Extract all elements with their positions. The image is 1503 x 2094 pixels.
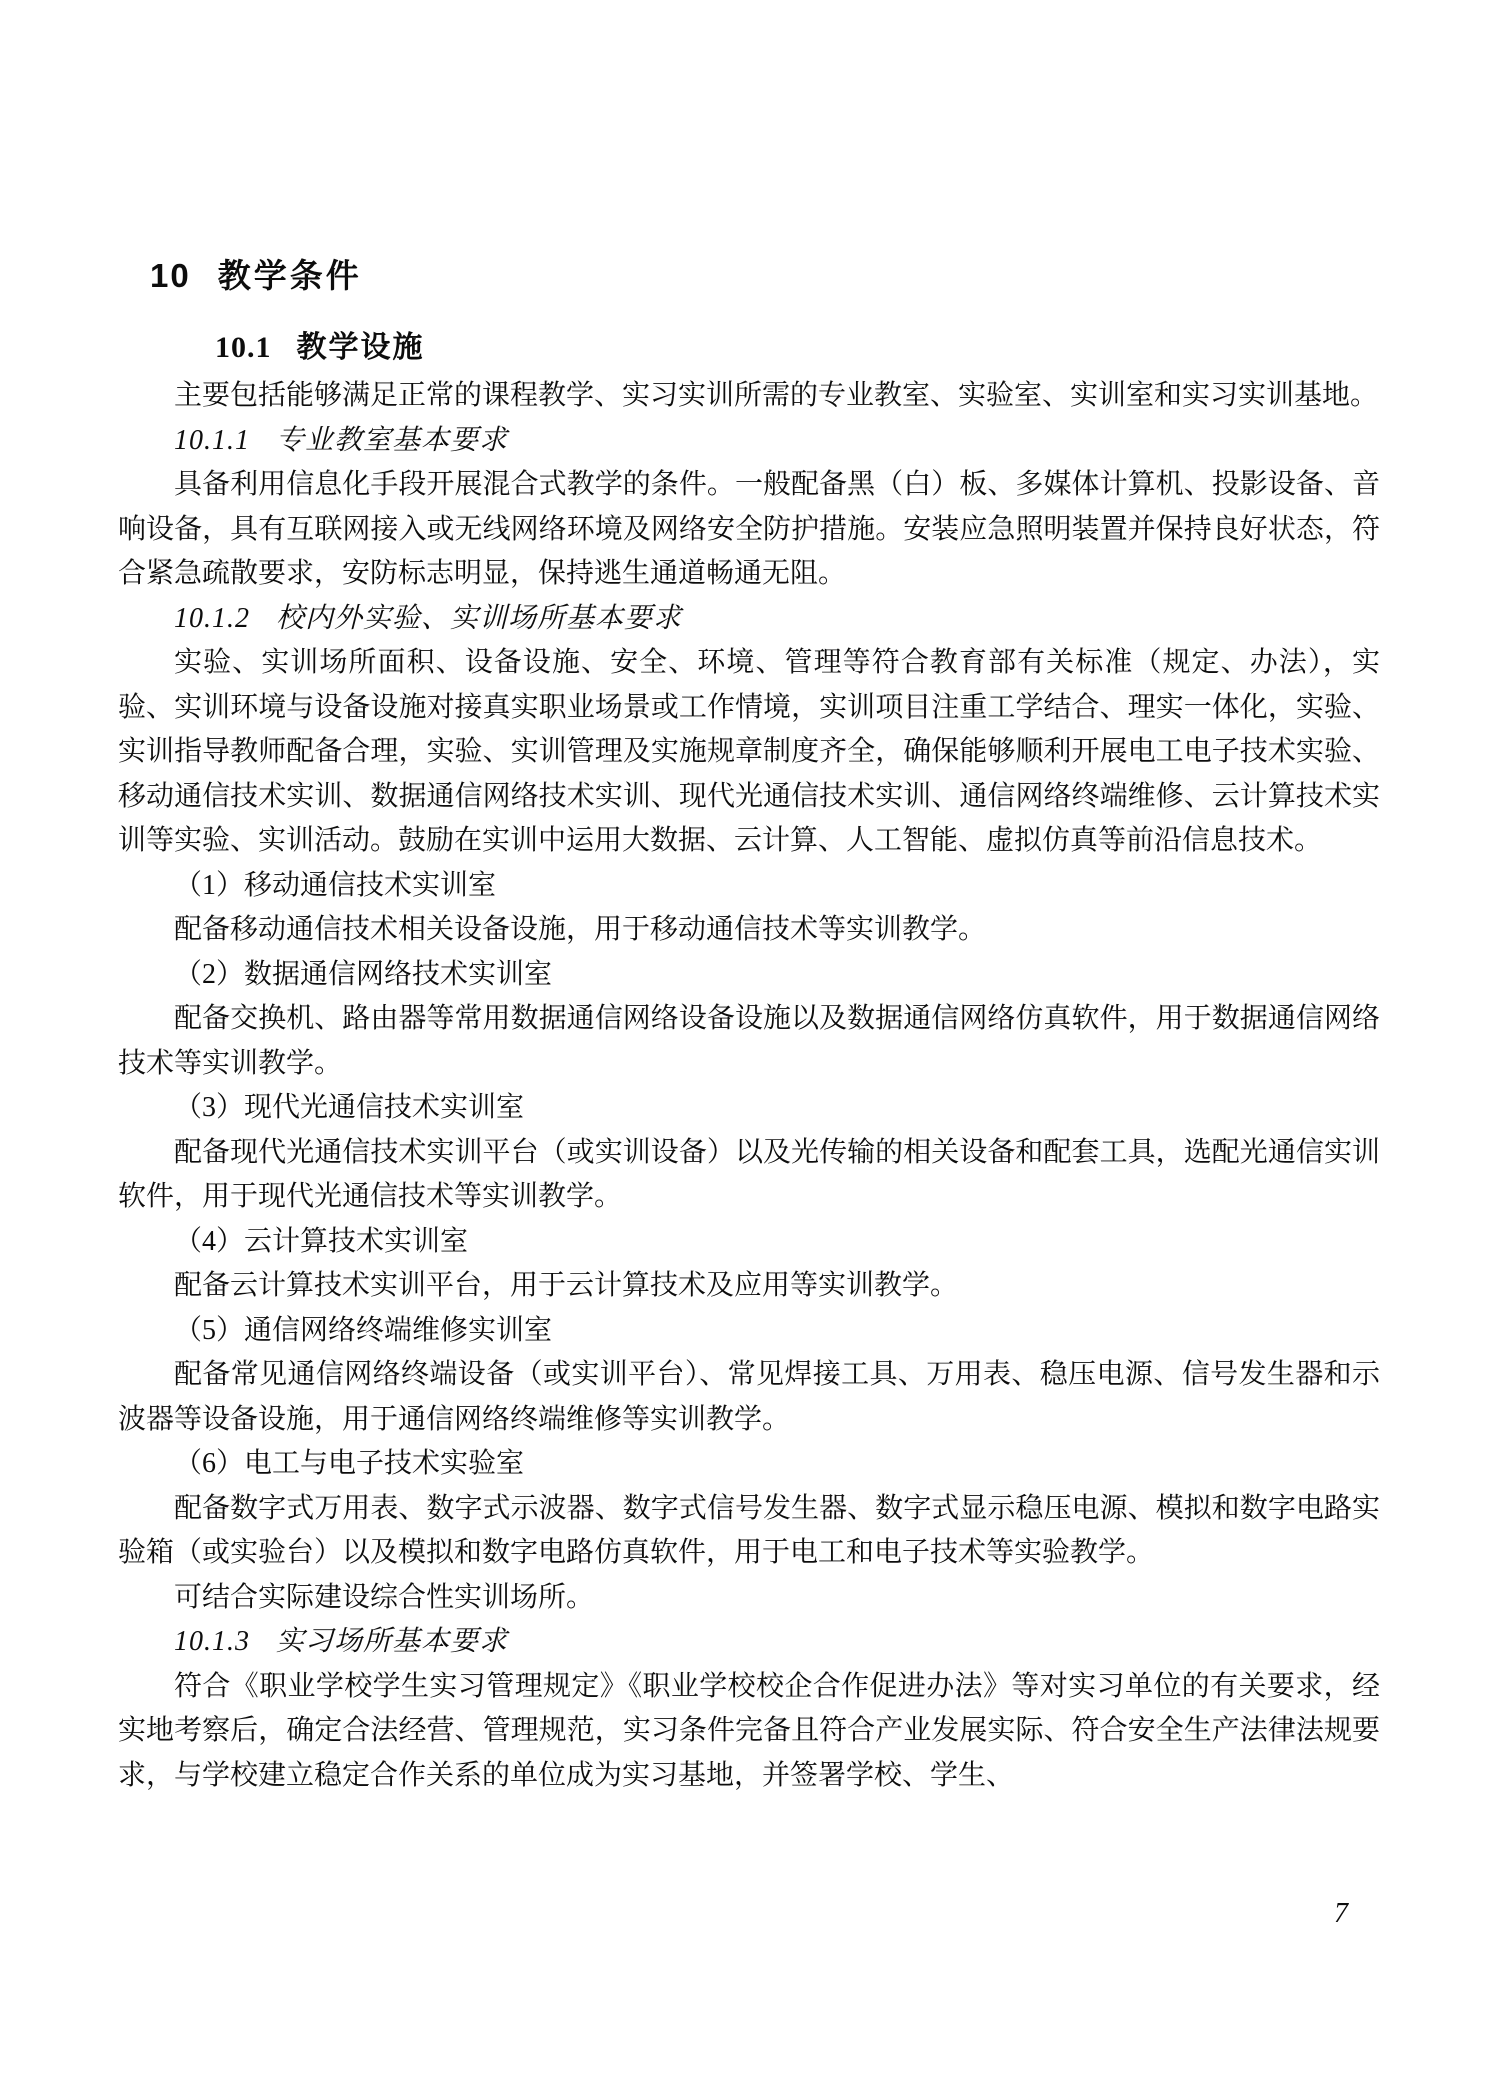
section-title: 教学设施 [297, 331, 425, 364]
paragraph: 符合《职业学校学生实习管理规定》《职业学校校企合作促进办法》等对实习单位的有关要… [118, 1665, 1380, 1799]
subsection-title: 校内外实验、实训场所基本要求 [276, 603, 682, 634]
paragraph: 配备数字式万用表、数字式示波器、数字式信号发生器、数字式显示稳压电源、模拟和数字… [118, 1487, 1380, 1576]
subsection-heading: 10.1.2校内外实验、实训场所基本要求 [118, 597, 1380, 642]
body-text: 主要包括能够满足正常的课程教学、实习实训所需的专业教室、实验室、实训室和实习实训… [118, 374, 1380, 1798]
numbered-item: （3）现代光通信技术实训室 [118, 1086, 1380, 1131]
subsection-number: 10.1.1 [174, 425, 250, 456]
document-page: 10教学条件 10.1教学设施 主要包括能够满足正常的课程教学、实习实训所需的专… [0, 0, 1503, 2094]
numbered-item: （2）数据通信网络技术实训室 [118, 953, 1380, 998]
subsection-heading: 10.1.3实习场所基本要求 [118, 1620, 1380, 1665]
page-number: 7 [1334, 1899, 1348, 1930]
chapter-number: 10 [150, 257, 191, 294]
section-number: 10.1 [215, 331, 272, 364]
subsection-number: 10.1.2 [174, 603, 250, 634]
chapter-heading: 10教学条件 [150, 258, 362, 294]
numbered-item: （1）移动通信技术实训室 [118, 864, 1380, 909]
subsection-heading: 10.1.1专业教室基本要求 [118, 419, 1380, 464]
paragraph: 配备常见通信网络终端设备（或实训平台）、常见焊接工具、万用表、稳压电源、信号发生… [118, 1353, 1380, 1442]
subsection-number: 10.1.3 [174, 1626, 250, 1657]
subsection-title: 实习场所基本要求 [276, 1626, 508, 1657]
numbered-item: （5）通信网络终端维修实训室 [118, 1309, 1380, 1354]
paragraph: 实验、实训场所面积、设备设施、安全、环境、管理等符合教育部有关标准（规定、办法）… [118, 641, 1380, 864]
paragraph: 可结合实际建设综合性实训场所。 [118, 1576, 1380, 1621]
subsection-title: 专业教室基本要求 [276, 425, 508, 456]
paragraph: 主要包括能够满足正常的课程教学、实习实训所需的专业教室、实验室、实训室和实习实训… [118, 374, 1380, 419]
paragraph: 配备移动通信技术相关设备设施，用于移动通信技术等实训教学。 [118, 908, 1380, 953]
numbered-item: （6）电工与电子技术实验室 [118, 1442, 1380, 1487]
paragraph: 配备交换机、路由器等常用数据通信网络设备设施以及数据通信网络仿真软件，用于数据通… [118, 997, 1380, 1086]
paragraph: 具备利用信息化手段开展混合式教学的条件。一般配备黑（白）板、多媒体计算机、投影设… [118, 463, 1380, 597]
paragraph: 配备现代光通信技术实训平台（或实训设备）以及光传输的相关设备和配套工具，选配光通… [118, 1131, 1380, 1220]
numbered-item: （4）云计算技术实训室 [118, 1220, 1380, 1265]
section-heading: 10.1教学设施 [215, 331, 425, 365]
chapter-title: 教学条件 [218, 257, 362, 294]
paragraph: 配备云计算技术实训平台，用于云计算技术及应用等实训教学。 [118, 1264, 1380, 1309]
